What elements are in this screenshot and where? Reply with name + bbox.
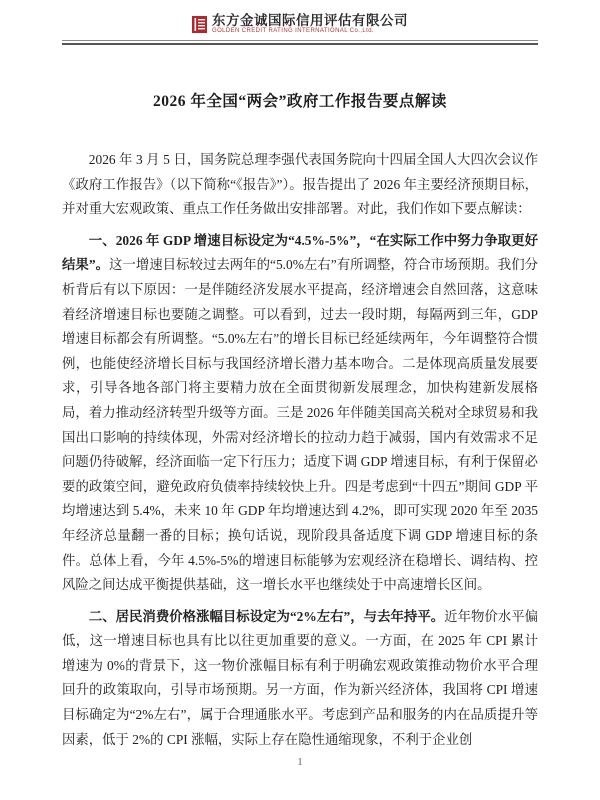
company-brand: 东方金诚国际信用评估有限公司 GOLDEN CREDIT RATING INTE… — [62, 14, 538, 40]
paragraph-gdp-text: 这一增速目标较过去两年的“5.0%左右”有所调整，符合市场预期。我们分析背后有以… — [62, 257, 538, 592]
company-header: 东方金诚国际信用评估有限公司 GOLDEN CREDIT RATING INTE… — [62, 14, 538, 45]
paragraph-intro: 2026 年 3 月 5 日，国务院总理李强代表国务院向十四届全国人大四次会议作… — [62, 148, 538, 222]
paragraph-intro-text: 2026 年 3 月 5 日，国务院总理李强代表国务院向十四届全国人大四次会议作… — [62, 152, 538, 216]
company-name-english: GOLDEN CREDIT RATING INTERNATIONAL Co.,L… — [212, 28, 408, 35]
header-divider — [62, 40, 538, 45]
paragraph-cpi-target: 二、居民消费价格涨幅目标设定为“2%左右”，与去年持平。近年物价水平偏低，这一增… — [62, 605, 538, 753]
paragraph-gdp-target: 一、2026 年 GDP 增速目标设定为“4.5%-5%”，“在实际工作中努力争… — [62, 229, 538, 598]
document-title: 2026 年全国“两会”政府工作报告要点解读 — [62, 89, 538, 111]
company-name-block: 东方金诚国际信用评估有限公司 GOLDEN CREDIT RATING INTE… — [212, 14, 408, 35]
company-name: 东方金诚国际信用评估有限公司 — [212, 14, 408, 28]
paragraph-cpi-lead: 二、居民消费价格涨幅目标设定为“2%左右”，与去年持平。 — [89, 609, 444, 624]
document-body: 2026 年 3 月 5 日，国务院总理李强代表国务院向十四届全国人大四次会议作… — [62, 148, 538, 752]
paragraph-cpi-text: 近年物价水平偏低，这一增速目标也具有比以往更加重要的意义。一方面，在 2025 … — [62, 609, 538, 747]
document-page: 东方金诚国际信用评估有限公司 GOLDEN CREDIT RATING INTE… — [0, 0, 600, 800]
company-logo-icon — [192, 16, 207, 33]
page-number: 1 — [0, 756, 600, 768]
